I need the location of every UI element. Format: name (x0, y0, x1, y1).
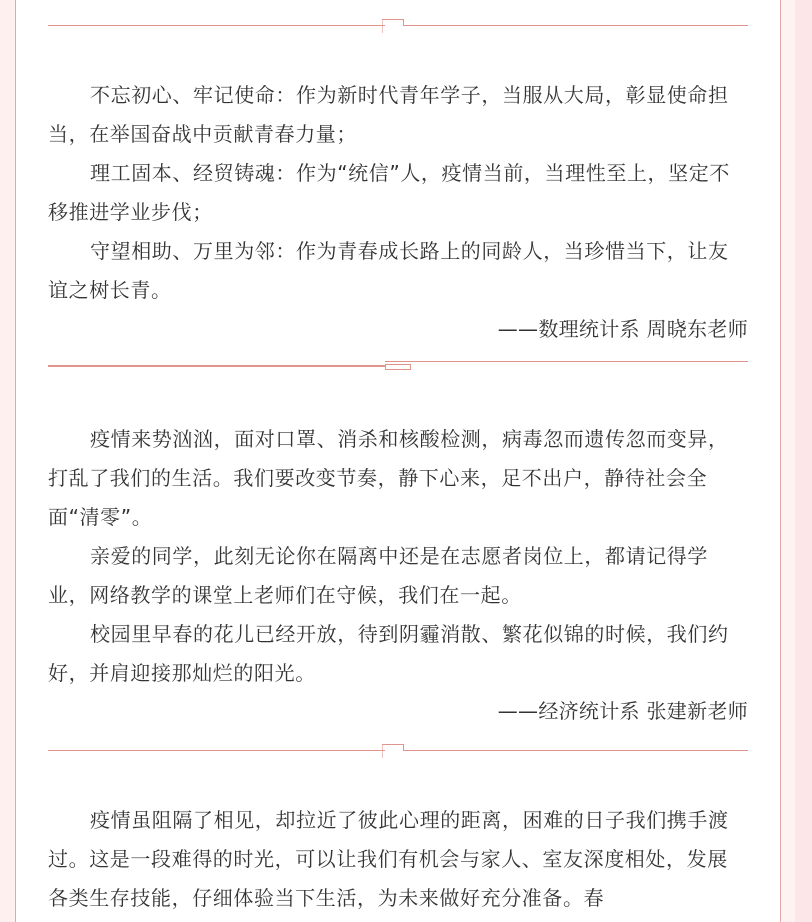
signature: ——数理统计系 周晓东老师 (498, 310, 748, 349)
left-page-border (0, 0, 16, 922)
right-page-margin (795, 0, 812, 922)
section-divider-box (48, 356, 748, 372)
section-divider-notch (48, 739, 748, 755)
paragraph: 校园里早春的花儿已经开放，待到阴霾消散、繁花似锦的时候，我们约好，并肩迎接那灿烂… (48, 615, 748, 693)
paragraph: 疫情来势汹汹，面对口罩、消杀和核酸检测，病毒忽而遗传忽而变异，打乱了我们的生活。… (48, 420, 748, 537)
paragraph: 不忘初心、牢记使命：作为新时代青年学子，当服从大局，彰显使命担当，在举国奋战中贡… (48, 76, 748, 154)
paragraph: 守望相助、万里为邻：作为青春成长路上的同龄人，当珍惜当下，让友谊之树长青。 (48, 232, 748, 310)
right-page-border (780, 0, 795, 922)
paragraph: 亲爱的同学，此刻无论你在隔离中还是在志愿者岗位上，都请记得学业，网络教学的课堂上… (48, 537, 748, 615)
paragraph: 疫情虽阻隔了相见，却拉近了彼此心理的距离，困难的日子我们携手渡过。这是一段难得的… (48, 801, 748, 918)
signature: ——经济统计系 张建新老师 (498, 692, 748, 731)
paragraph: 理工固本、经贸铸魂：作为“统信”人，疫情当前，当理性至上，坚定不移推进学业步伐； (48, 154, 748, 232)
section-divider-notch (48, 14, 748, 30)
